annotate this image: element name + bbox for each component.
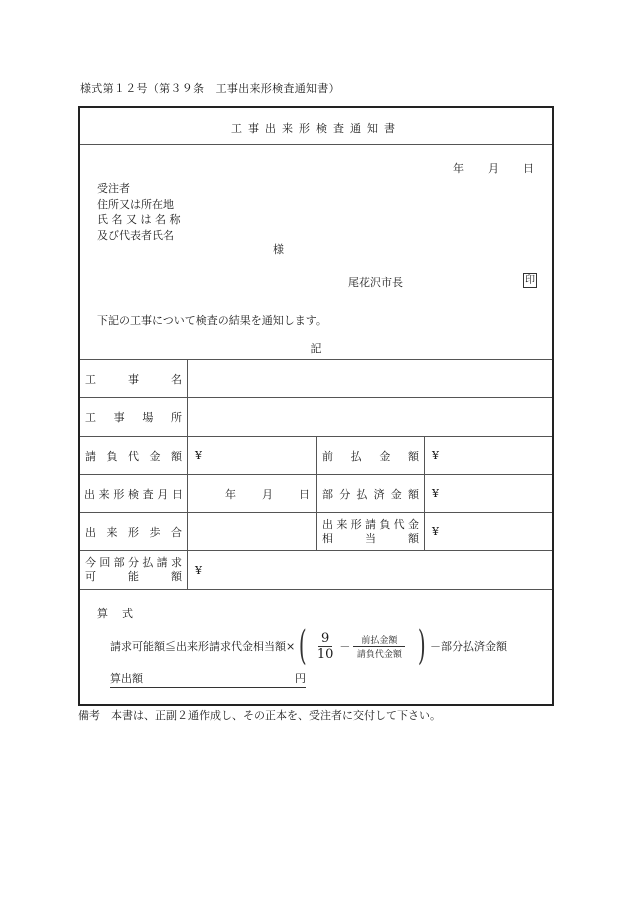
advance-payment-field[interactable]: ¥ — [425, 437, 557, 474]
divider — [80, 144, 552, 145]
progress-rate-field[interactable] — [188, 513, 323, 550]
inspection-date-field[interactable]: 年月日 — [188, 475, 316, 512]
representative-label: 及び代表者氏名 — [97, 228, 180, 244]
label-partial-paid: 部分払済金額 — [317, 475, 424, 512]
recipient-block: 受注者 住所又は所在地 氏 名 又 は 名 称 及び代表者氏名 — [97, 181, 180, 243]
label-advance-payment: 前払金額 — [317, 437, 424, 474]
project-location-field[interactable] — [188, 398, 557, 436]
row-line — [80, 589, 552, 590]
remarks: 備考 本書は、正副２通作成し、その正本を、受注者に交付して下さい。 — [78, 707, 441, 723]
form-number: 様式第１２号（第３９条 工事出来形検査通知書） — [80, 80, 340, 96]
label-project-name: 工事名 — [80, 360, 187, 397]
label-progress-equivalent: 出来形請負代金 相当額 — [317, 513, 424, 550]
document-title: 工事出来形検査通知書 — [80, 120, 552, 136]
label-contract-amount: 請負代金額 — [80, 437, 187, 474]
formula-expression: 請求可能額≦出来形請求代金相当額× ( 9 10 － 前払金額 請負代金額 ) … — [110, 626, 507, 666]
progress-equivalent-field[interactable]: ¥ — [425, 513, 557, 550]
project-name-field[interactable] — [188, 360, 557, 397]
name-label: 氏 名 又 は 名 称 — [97, 212, 180, 228]
label-project-location: 工事場所 — [80, 398, 187, 436]
fraction-nine-tenths: 9 10 — [314, 631, 337, 662]
yen-unit: 円 — [295, 670, 306, 686]
notice-form: 工事出来形検査通知書 年 月 日 受注者 住所又は所在地 氏 名 又 は 名 称… — [78, 106, 554, 706]
partial-paid-field[interactable]: ¥ — [425, 475, 557, 512]
right-paren: ) — [418, 626, 426, 666]
ki-heading: 記 — [80, 340, 552, 356]
day-label: 日 — [523, 160, 534, 176]
left-paren: ( — [299, 626, 307, 666]
year-label: 年 — [453, 160, 464, 176]
label-progress-rate: 出来形歩合 — [80, 513, 187, 550]
issue-date: 年 月 日 — [453, 160, 534, 176]
calculated-amount-field[interactable]: 算出額 円 — [110, 670, 306, 688]
label-claimable-amount: 今回部分払請求 可能額 — [80, 551, 187, 589]
address-label: 住所又は所在地 — [97, 197, 180, 213]
formula-rhs: －部分払済金額 — [430, 638, 507, 654]
calc-label: 算出額 — [110, 670, 143, 686]
claimable-amount-field[interactable]: ¥ — [188, 551, 557, 589]
formula-lhs: 請求可能額≦出来形請求代金相当額× — [110, 638, 295, 654]
contract-amount-field[interactable]: ¥ — [188, 437, 323, 474]
notice-text: 下記の工事について検査の結果を通知します。 — [97, 312, 327, 328]
fraction-advance-ratio: 前払金額 請負代金額 — [353, 633, 405, 660]
formula-title: 算式 — [97, 605, 147, 621]
label-inspection-date: 出来形検査月日 — [80, 475, 187, 512]
seal-mark: 印 — [523, 273, 537, 288]
issuer-name: 尾花沢市長 — [348, 274, 403, 290]
honorific: 様 — [273, 241, 284, 257]
recipient-label: 受注者 — [97, 181, 180, 197]
minus-sign: － — [339, 638, 350, 654]
month-label: 月 — [488, 160, 499, 176]
